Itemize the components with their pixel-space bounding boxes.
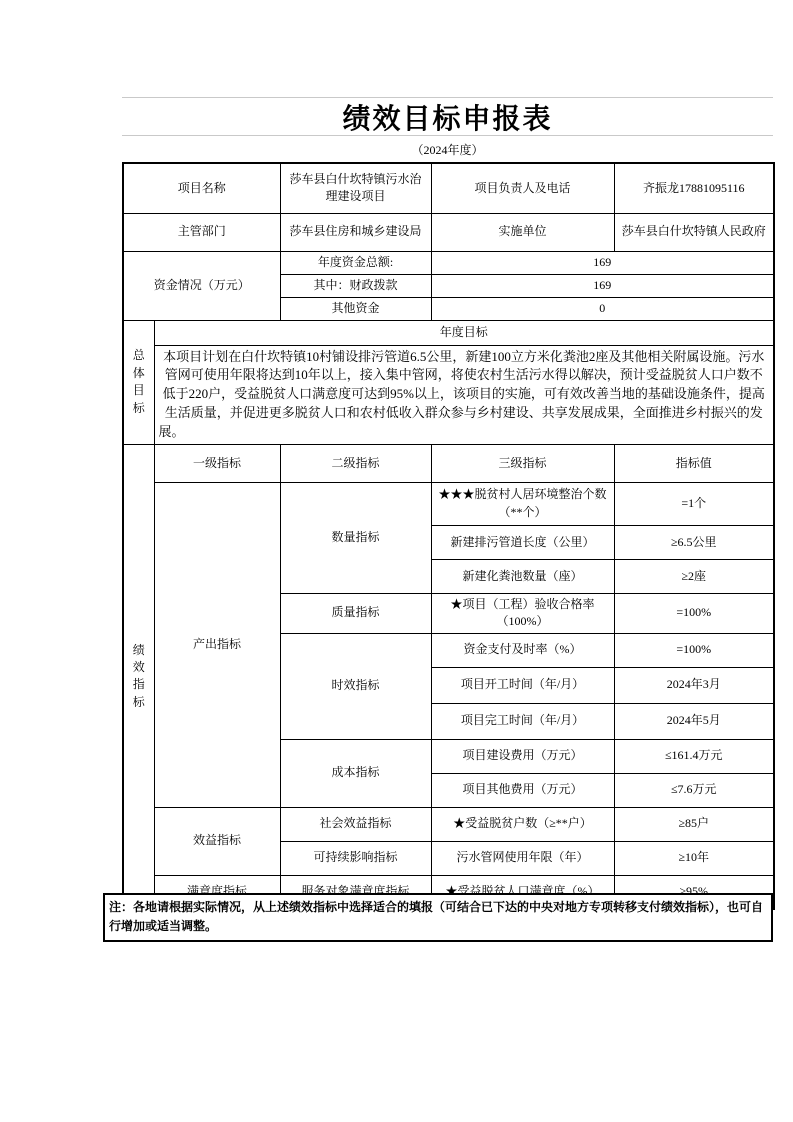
funding-total-value: 169 [431,251,774,274]
performance-table: 项目名称 莎车县白什坎特镇污水治理建设项目 项目负责人及电话 齐振龙178810… [122,162,775,910]
document-page: 绩效目标申报表 （2024年度） 项目名称 莎车县白什坎特镇污水治理建设项目 项… [0,0,793,1122]
indicator-value: ≤161.4万元 [614,739,774,773]
implementer-value: 莎车县白什坎特镇人民政府 [614,213,774,251]
annual-goal-text: 本项目计划在白什坎特镇10村铺设排污管道6.5公里，新建100立方米化粪池2座及… [154,345,774,444]
col-header-level3: 三级指标 [431,444,614,482]
implementer-label: 实施单位 [431,213,614,251]
funding-fiscal-value: 169 [431,274,774,297]
indicator-value: =1个 [614,482,774,525]
indicator-name: 项目其他费用（万元） [431,773,614,807]
indicator-name: ★项目（工程）验收合格率（100%） [431,593,614,633]
level2-social-benefit: 社会效益指标 [280,807,431,841]
indicators-label: 绩效指标 [123,444,154,909]
department-label: 主管部门 [123,213,280,251]
overall-goal-label: 总体目标 [123,320,154,444]
funding-label: 资金情况（万元） [123,251,280,320]
level2-timeliness: 时效指标 [280,633,431,739]
indicator-row: 效益指标 社会效益指标 ★受益脱贫户数（≥**户） ≥85户 [123,807,774,841]
col-header-level2: 二级指标 [280,444,431,482]
annual-goal-text-row: 本项目计划在白什坎特镇10村铺设排污管道6.5公里，新建100立方米化粪池2座及… [123,345,774,444]
indicator-name: 资金支付及时率（%） [431,633,614,667]
indicator-value: 2024年3月 [614,667,774,703]
project-info-row: 项目名称 莎车县白什坎特镇污水治理建设项目 项目负责人及电话 齐振龙178810… [123,163,774,213]
indicator-name: 新建排污管道长度（公里） [431,525,614,559]
indicator-name: ★★★脱贫村人居环境整治个数（**个） [431,482,614,525]
indicator-value: ≥6.5公里 [614,525,774,559]
note: 注：各地请根据实际情况，从上述绩效指标中选择适合的填报（可结合已下达的中央对地方… [103,893,773,942]
indicator-name: ★受益脱贫户数（≥**户） [431,807,614,841]
title-row: 绩效目标申报表 [122,97,773,135]
subtitle-row: （2024年度） [122,135,773,162]
manager-label: 项目负责人及电话 [431,163,614,213]
project-name-value: 莎车县白什坎特镇污水治理建设项目 [280,163,431,213]
indicator-value: ≥10年 [614,841,774,875]
department-row: 主管部门 莎车县住房和城乡建设局 实施单位 莎车县白什坎特镇人民政府 [123,213,774,251]
level2-sustainability: 可持续影响指标 [280,841,431,875]
indicator-value: ≥85户 [614,807,774,841]
page-title: 绩效目标申报表 [342,97,552,137]
manager-value: 齐振龙17881095116 [614,163,774,213]
indicator-value: =100% [614,593,774,633]
col-header-level1: 一级指标 [154,444,280,482]
indicator-name: 新建化粪池数量（座） [431,559,614,593]
indicator-name: 项目建设费用（万元） [431,739,614,773]
level1-benefit: 效益指标 [154,807,280,875]
indicator-name: 项目开工时间（年/月） [431,667,614,703]
level2-quality: 质量指标 [280,593,431,633]
funding-other-label: 其他资金 [280,297,431,320]
indicator-name: 项目完工时间（年/月） [431,703,614,739]
indicator-value: 2024年5月 [614,703,774,739]
funding-row: 资金情况（万元） 年度资金总额: 169 [123,251,774,274]
funding-other-value: 0 [431,297,774,320]
indicator-name: 污水管网使用年限（年） [431,841,614,875]
level2-quantity: 数量指标 [280,482,431,593]
title-band: 绩效目标申报表 （2024年度） [122,97,773,162]
funding-total-label: 年度资金总额: [280,251,431,274]
level1-output: 产出指标 [154,482,280,807]
indicator-row: 产出指标 数量指标 ★★★脱贫村人居环境整治个数（**个） =1个 [123,482,774,525]
indicator-value: =100% [614,633,774,667]
col-header-value: 指标值 [614,444,774,482]
page-subtitle: （2024年度） [411,141,483,158]
indicator-value: ≥2座 [614,559,774,593]
indicator-value: ≤7.6万元 [614,773,774,807]
level2-cost: 成本指标 [280,739,431,807]
indicator-header-row: 绩效指标 一级指标 二级指标 三级指标 指标值 [123,444,774,482]
annual-goal-header-row: 总体目标 年度目标 [123,320,774,345]
project-name-label: 项目名称 [123,163,280,213]
department-value: 莎车县住房和城乡建设局 [280,213,431,251]
funding-fiscal-label: 其中：财政拨款 [280,274,431,297]
annual-goal-header: 年度目标 [154,320,774,345]
